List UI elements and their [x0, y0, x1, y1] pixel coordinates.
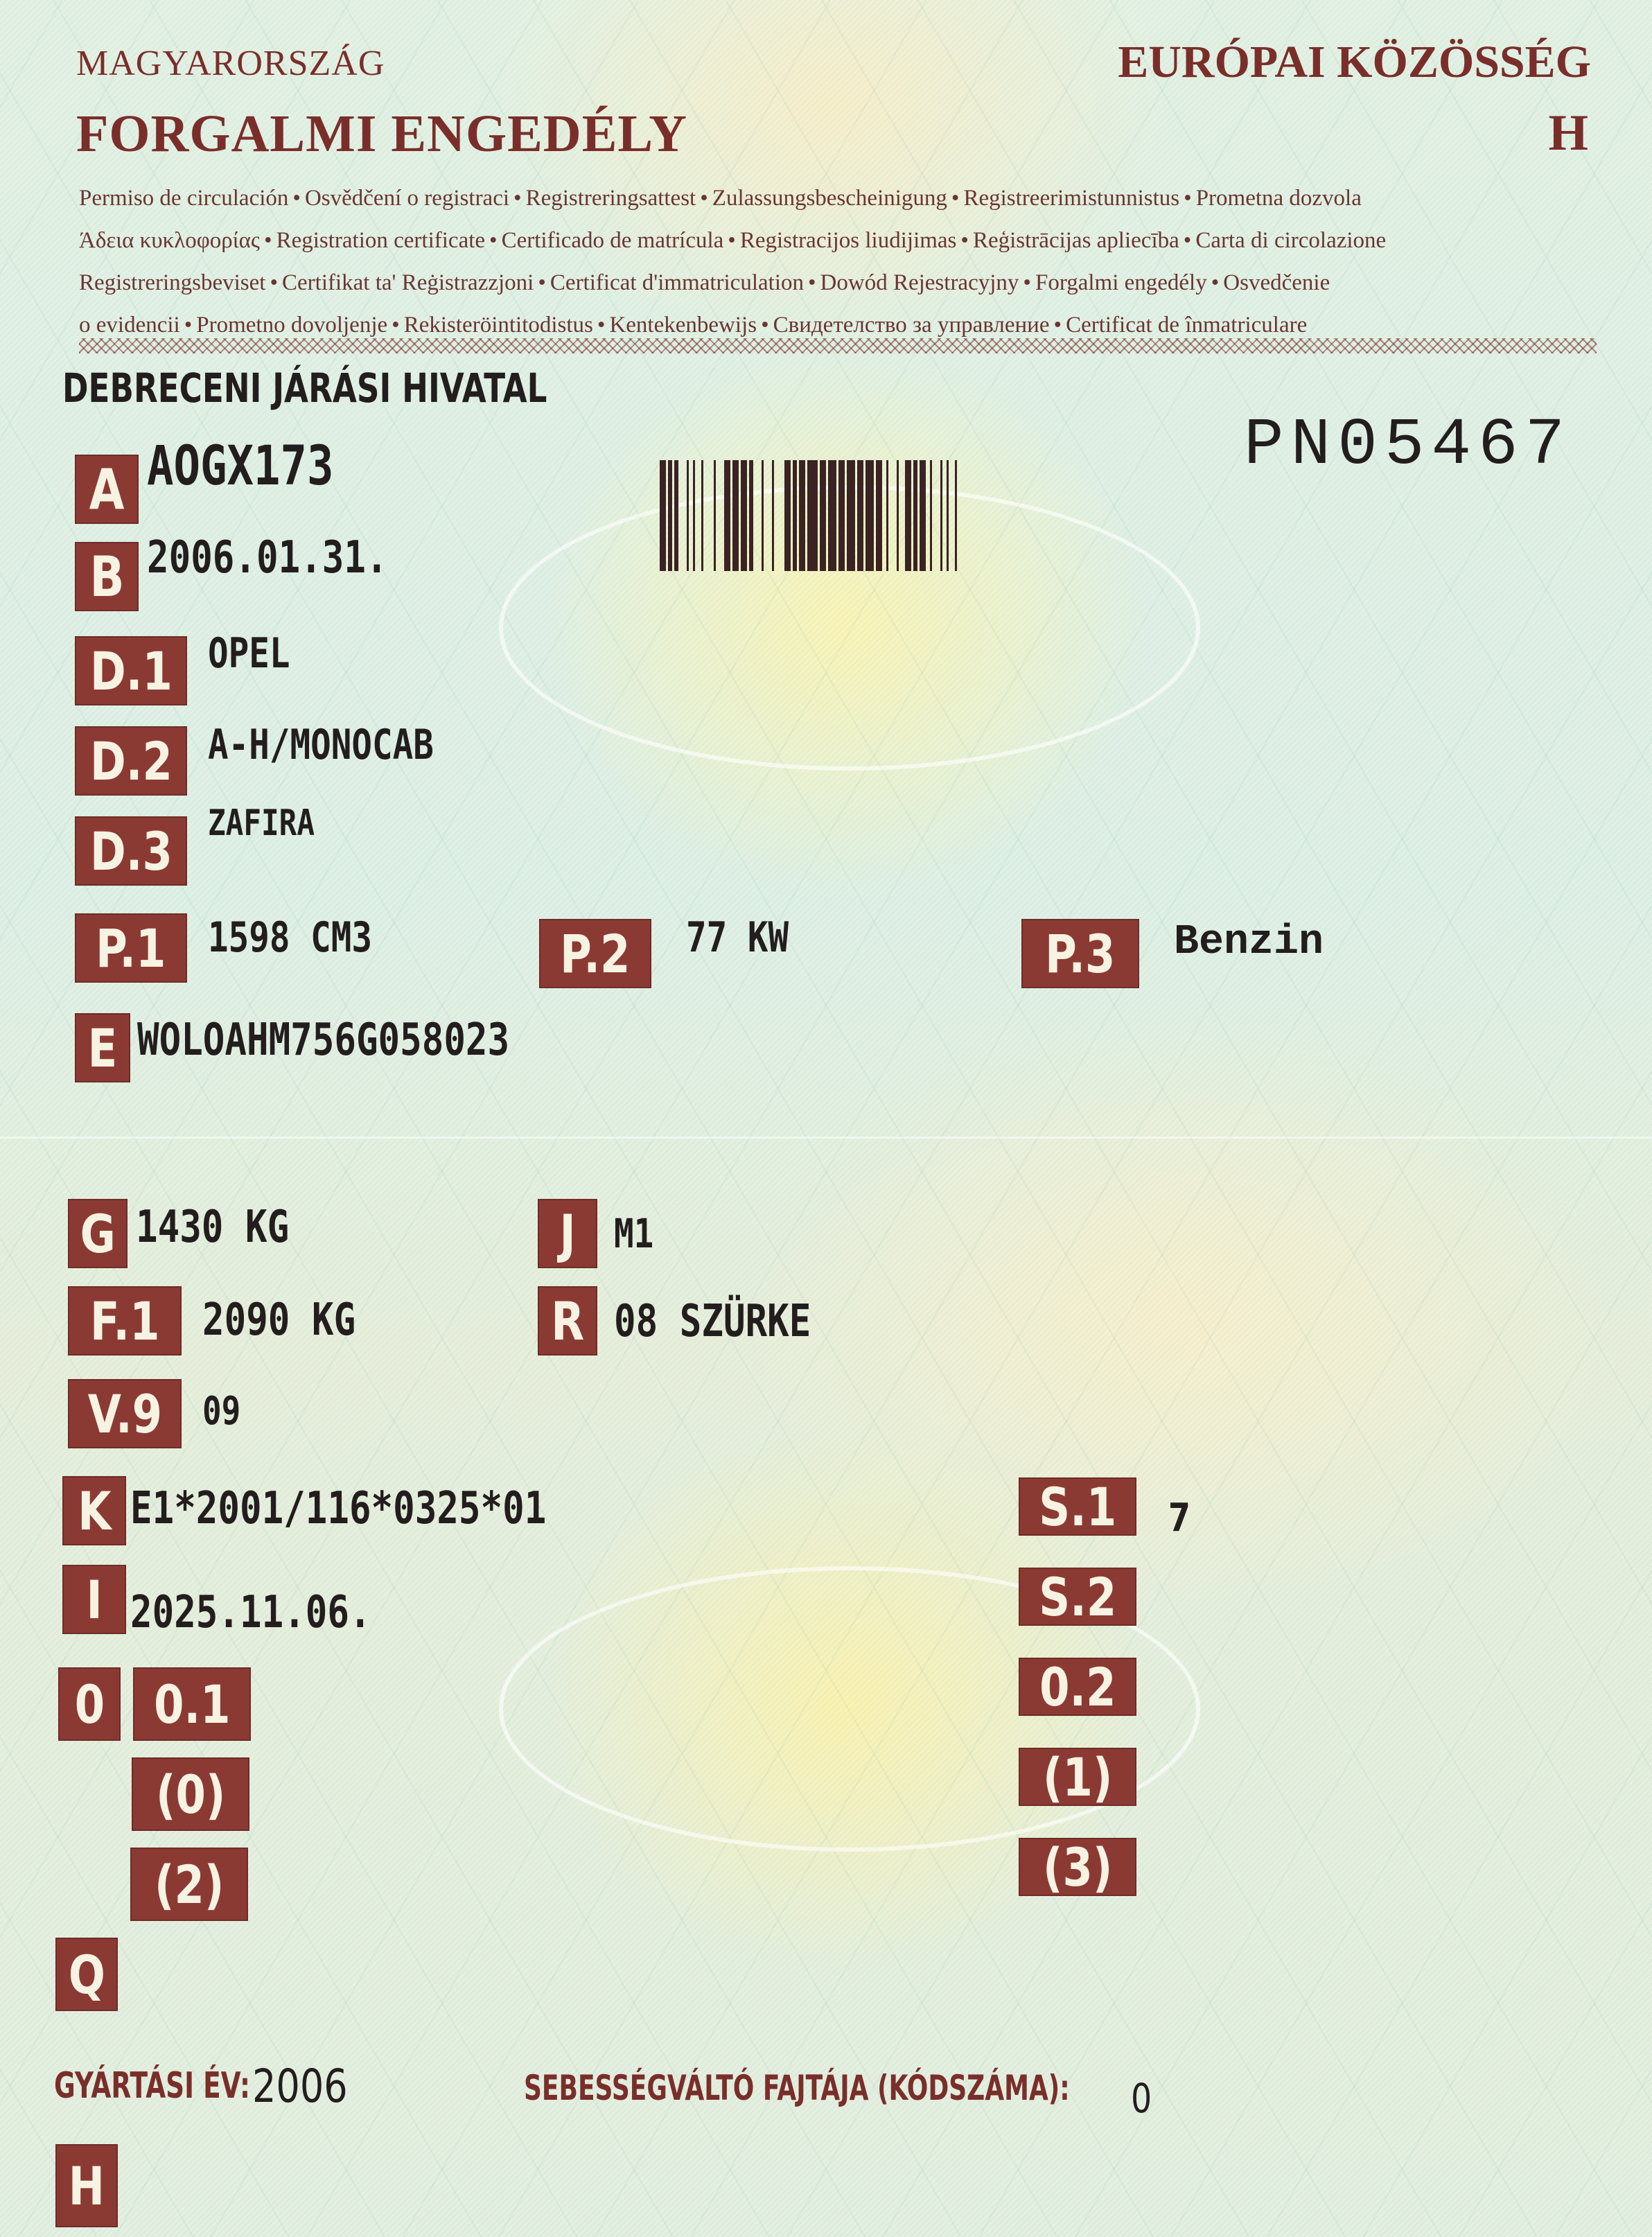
field-value-d3: ZAFIRA [208, 802, 315, 844]
field-code-s2: S.2 [1019, 1568, 1136, 1626]
field-code-s1: S.1 [1019, 1477, 1136, 1536]
field-code-b: B [75, 542, 139, 611]
translation-item: Свидетелство за управление [773, 313, 1050, 337]
translation-item: Osvedčenie [1223, 270, 1330, 295]
field-code-p3: P.3 [1021, 919, 1139, 988]
field-code-label: A [89, 457, 125, 522]
field-code-label: G [80, 1203, 115, 1265]
translation-item: Registreringsbeviset [79, 270, 265, 295]
field-code-label: (0) [156, 1764, 225, 1825]
field-code-g: G [68, 1199, 128, 1268]
translation-item: Permiso de circulación [79, 186, 288, 211]
bullet-separator: • [808, 270, 816, 295]
bullet-separator: • [700, 186, 708, 211]
translation-item: Dowód Rejestracyjny [820, 270, 1019, 295]
field-code-label: P.3 [1045, 923, 1115, 985]
bullet-separator: • [392, 313, 400, 337]
translation-item: Certificado de matrícula [502, 228, 724, 253]
bullet-separator: • [513, 186, 522, 211]
field-code-label: Q [69, 1944, 105, 2006]
translation-item: Certificat de înmatriculare [1066, 313, 1307, 337]
translation-item: Certifikat ta' Reġistrazzjoni [282, 270, 534, 295]
field-value-p2: 77 KW [686, 913, 789, 962]
field-value-v9: 09 [202, 1389, 240, 1434]
field-value-j: M1 [614, 1210, 653, 1257]
translations-list: Permiso de circulación•Osvědčení o regis… [79, 177, 1597, 346]
guilloche-border [79, 338, 1597, 353]
translation-item: Prometno dovoljenje [196, 313, 387, 337]
field-value-p1: 1598 CM3 [208, 913, 372, 962]
community-name: EURÓPAI KÖZÖSSÉG [1118, 36, 1591, 89]
bullet-separator: • [489, 228, 498, 253]
bullet-separator: • [264, 228, 272, 253]
year-value: 2006 [252, 2060, 348, 2113]
field-code-label: B [89, 545, 124, 609]
field-value-f1: 2090 KG [202, 1295, 355, 1346]
field-code-r: R [538, 1286, 597, 1356]
field-value-r: 08 SZÜRKE [614, 1296, 811, 1347]
field-code-label: S.1 [1039, 1476, 1116, 1538]
field-value-b: 2006.01.31. [147, 532, 388, 584]
field-value-s1: 7 [1168, 1495, 1190, 1541]
field-code-d2: D.2 [75, 726, 187, 796]
field-code-label: H [69, 2155, 105, 2217]
field-code-label: 0.1 [154, 1674, 230, 1735]
translation-item: Rekisteröintitodistus [404, 313, 593, 337]
field-code-label: P.2 [560, 923, 630, 985]
field-code-p1: P.1 [75, 913, 187, 983]
field-value-a: AOGX173 [147, 435, 334, 498]
translation-item: Zulassungsbescheinigung [712, 186, 947, 211]
field-code-e: E [75, 1013, 130, 1082]
translation-item: Forgalmi engedély [1035, 270, 1207, 295]
field-code-label: (3) [1043, 1836, 1112, 1898]
field-code-label: R [551, 1290, 584, 1352]
field-code-label: D.3 [90, 821, 173, 882]
field-value-i: 2025.11.06. [130, 1587, 371, 1638]
translation-item: Osvědčení o registraci [305, 186, 509, 211]
field-code-v9: V.9 [68, 1379, 182, 1448]
serial-number: PN05467 [1244, 407, 1572, 483]
translation-item: Registration certificate [276, 228, 485, 253]
translation-item: Certificat d'immatriculation [550, 270, 804, 295]
bullet-separator: • [951, 186, 960, 211]
translation-item: o evidencii [79, 313, 180, 337]
barcode [660, 460, 985, 571]
field-code-f1: F.1 [68, 1286, 182, 1356]
field-code-p2b: (2) [130, 1848, 248, 1921]
bullet-separator: • [960, 228, 969, 253]
field-value-p3: Benzin [1174, 919, 1324, 966]
gearbox-label: SEBESSÉGVÁLTÓ FAJTÁJA (KÓDSZÁMA): [524, 2068, 1070, 2108]
field-code-label: E [88, 1017, 118, 1079]
field-code-label: (2) [155, 1854, 224, 1915]
bullet-separator: • [538, 270, 546, 295]
field-value-e: WOLOAHM756G058023 [137, 1015, 509, 1066]
country-name: MAGYARORSZÁG [76, 43, 385, 84]
translation-item: Άδεια κυκλοφορίας [79, 228, 260, 253]
field-code-label: J [559, 1203, 575, 1265]
field-code-label: V.9 [87, 1383, 161, 1445]
year-label: GYÁRTÁSI ÉV: [54, 2065, 250, 2107]
translation-item: Reģistrācijas apliecība [973, 228, 1179, 253]
field-code-label: (1) [1043, 1746, 1112, 1808]
field-code-label: D.2 [90, 730, 173, 792]
field-code-h: H [55, 2144, 118, 2227]
field-code-k: K [62, 1476, 126, 1545]
bullet-separator: • [1211, 270, 1220, 295]
field-code-o1: 0.1 [133, 1667, 251, 1741]
field-code-a: A [75, 455, 139, 524]
field-code-p0: (0) [132, 1757, 249, 1831]
issuing-authority: DEBRECENI JÁRÁSI HIVATAL [62, 365, 547, 412]
field-code-label: S.2 [1039, 1566, 1116, 1628]
field-code-label: F.1 [90, 1290, 159, 1352]
field-value-k: E1*2001/116*0325*01 [130, 1483, 546, 1534]
field-code-d3: D.3 [75, 816, 187, 886]
field-code-label: K [78, 1480, 111, 1542]
gearbox-value: 0 [1131, 2075, 1152, 2122]
field-code-p3b: (3) [1019, 1838, 1136, 1896]
field-value-d2: A-H/MONOCAB [208, 721, 434, 769]
field-code-p2: P.2 [539, 919, 651, 988]
field-code-label: I [86, 1569, 102, 1631]
bullet-separator: • [728, 228, 736, 253]
bullet-separator: • [1184, 228, 1192, 253]
field-code-label: P.1 [96, 918, 166, 979]
country-code: H [1548, 104, 1588, 163]
field-code-i: I [62, 1565, 126, 1634]
document-title: FORGALMI ENGEDÉLY [76, 104, 687, 164]
field-code-j: J [538, 1199, 597, 1268]
translation-item: Registreringsattest [526, 186, 696, 211]
field-code-o2: 0.2 [1019, 1658, 1136, 1716]
translation-item: Registracijos liudijimas [740, 228, 957, 253]
bullet-separator: • [1184, 186, 1192, 211]
bullet-separator: • [270, 270, 278, 295]
field-code-label: D.1 [90, 640, 173, 702]
field-code-q: Q [55, 1938, 118, 2011]
fold-line [0, 1137, 1652, 1139]
field-code-label: 0 [74, 1674, 104, 1735]
field-value-g: 1430 KG [136, 1202, 289, 1253]
bullet-separator: • [184, 313, 193, 337]
bullet-separator: • [1023, 270, 1031, 295]
field-code-label: 0.2 [1039, 1656, 1116, 1718]
field-code-o: 0 [58, 1667, 121, 1741]
translation-item: Carta di circolazione [1195, 228, 1386, 253]
field-code-p1b: (1) [1019, 1748, 1136, 1806]
bullet-separator: • [597, 313, 606, 337]
bullet-separator: • [761, 313, 769, 337]
translation-item: Prometna dozvola [1196, 186, 1362, 211]
field-value-d1: OPEL [208, 629, 290, 678]
field-code-d1: D.1 [75, 636, 187, 705]
translation-item: Kentekenbewijs [609, 313, 757, 337]
bullet-separator: • [1054, 313, 1062, 337]
translation-item: Registreerimistunnistus [963, 186, 1179, 211]
bullet-separator: • [292, 186, 301, 211]
